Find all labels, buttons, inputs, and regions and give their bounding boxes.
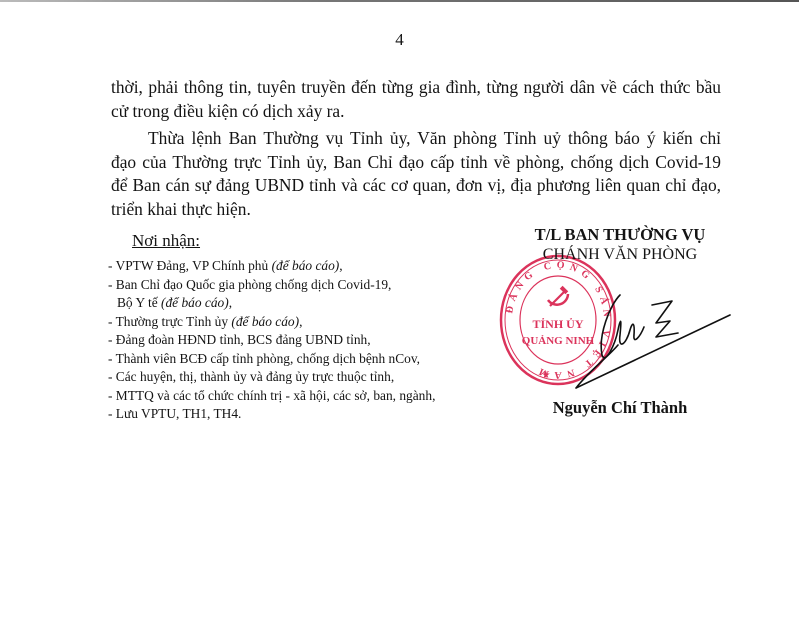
signature-subtitle: CHÁNH VĂN PHÒNG xyxy=(490,246,750,264)
recipient-item: - Các huyện, thị, thành ủy và đảng ủy tr… xyxy=(108,368,508,387)
recipients-list: Nơi nhận: - VPTW Đảng, VP Chính phủ (để … xyxy=(108,231,508,424)
text-line: cử trong điều kiện có dịch xảy ra. xyxy=(111,100,721,124)
star-icon: ★ xyxy=(542,370,551,381)
text-line: triển khai thực hiện. xyxy=(111,198,721,222)
text-line: để Ban cán sự đảng UBND tỉnh và các cơ q… xyxy=(111,174,721,198)
signer-name: Nguyễn Chí Thành xyxy=(490,398,750,418)
recipient-note: (để báo cáo) xyxy=(272,258,340,273)
handwritten-signature xyxy=(560,275,740,395)
recipient-note: (để báo cáo) xyxy=(161,295,229,310)
signature-block: T/L BAN THƯỜNG VỤ CHÁNH VĂN PHÒNG ĐẢNG C… xyxy=(490,220,750,430)
body-paragraph-2: Thừa lệnh Ban Thường vụ Tỉnh ủy, Văn phò… xyxy=(111,127,721,221)
recipient-item: - Ban Chỉ đạo Quốc gia phòng chống dịch … xyxy=(108,276,508,295)
recipient-text: - Đảng đoàn HĐND tỉnh, BCS đảng UBND tỉn… xyxy=(108,332,371,347)
recipient-text: Bộ Y tế xyxy=(117,295,161,310)
text-line: Thừa lệnh Ban Thường vụ Tỉnh ủy, Văn phò… xyxy=(111,127,721,151)
recipient-item: - Lưu VPTU, TH1, TH4. xyxy=(108,405,508,424)
recipient-text: - VPTW Đảng, VP Chính phủ xyxy=(108,258,272,273)
page-number: 4 xyxy=(0,30,799,50)
scan-edge xyxy=(0,0,799,2)
recipient-item: - Đảng đoàn HĐND tỉnh, BCS đảng UBND tỉn… xyxy=(108,331,508,350)
recipient-text: - Thành viên BCĐ cấp tỉnh phòng, chống d… xyxy=(108,351,420,366)
recipient-text: - Ban Chỉ đạo Quốc gia phòng chống dịch … xyxy=(108,277,391,292)
recipient-text: - MTTQ và các tổ chức chính trị - xã hội… xyxy=(108,388,435,403)
recipient-items: - VPTW Đảng, VP Chính phủ (để báo cáo),-… xyxy=(108,257,508,424)
recipient-item: - Thành viên BCĐ cấp tỉnh phòng, chống d… xyxy=(108,350,508,369)
body-paragraph-1: thời, phải thông tin, tuyên truyền đến t… xyxy=(111,76,721,123)
recipient-item: - MTTQ và các tổ chức chính trị - xã hội… xyxy=(108,387,508,406)
recipient-note: (để báo cáo) xyxy=(231,314,299,329)
recipient-text: - Lưu VPTU, TH1, TH4. xyxy=(108,406,241,421)
recipient-item: - VPTW Đảng, VP Chính phủ (để báo cáo), xyxy=(108,257,508,276)
text-line: đạo của Thường trực Tỉnh ủy, Ban Chỉ đạo… xyxy=(111,151,721,175)
recipient-text: - Các huyện, thị, thành ủy và đảng ủy tr… xyxy=(108,369,394,384)
text-line: thời, phải thông tin, tuyên truyền đến t… xyxy=(111,76,721,100)
recipient-item: - Thường trực Tỉnh ủy (để báo cáo), xyxy=(108,313,508,332)
recipients-title: Nơi nhận: xyxy=(132,231,200,251)
recipient-item: Bộ Y tế (để báo cáo), xyxy=(108,294,508,313)
signature-title: T/L BAN THƯỜNG VỤ xyxy=(490,225,750,245)
recipient-text: - Thường trực Tỉnh ủy xyxy=(108,314,231,329)
